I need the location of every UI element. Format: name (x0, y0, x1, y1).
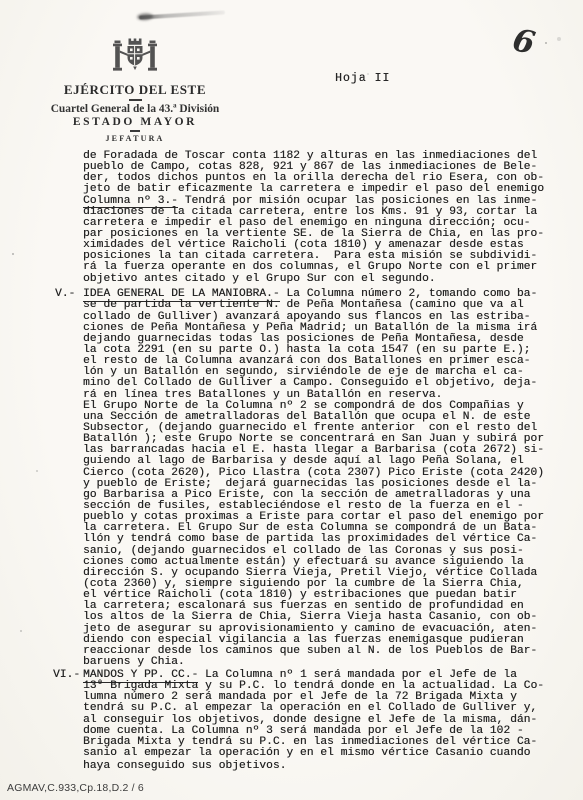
section-vi-lines: 13⁰ Brigada Mixta y su P.C. lo tendrá do… (83, 681, 583, 759)
section-vi: VI.- MANDOS Y PP. CC.- La Columna nº 1 s… (0, 670, 583, 772)
text-line: llón y tendrá como base de partida las p… (83, 534, 583, 545)
document-page: 6 (0, 0, 583, 800)
text-line: rá la fuerza operante en dos columnas, e… (83, 262, 583, 273)
closing-line: haya conseguido sus objetivos. (83, 761, 583, 772)
intro-paragraph: de Foradada de Toscar conta 1182 y altur… (0, 151, 583, 285)
section-vi-number: VI.- (53, 670, 80, 681)
letterhead-office-title: JEFATURA (35, 134, 235, 143)
text-line: jeto de asegurar su aprovisionamiento y … (83, 624, 583, 635)
text-line: sanio al empezar la operación y en el mi… (83, 748, 583, 759)
letterhead-hq-title: Cuartel General de la 43.ª División (35, 103, 235, 115)
section-v: V.- IDEA GENERAL DE LA MANIOBRA.- La Col… (0, 289, 583, 668)
columna3-first-line-text: Tendrá por misión ocupar las posiciones … (178, 195, 537, 207)
republican-coat-of-arms-icon (110, 36, 160, 80)
text-line: objetivo antes citado y el Grupo Sur con… (83, 274, 583, 285)
columna3-lines: diaciones de la citada carretera, entre … (83, 207, 583, 285)
letterhead: EJÉRCITO DEL ESTE Cuartel General de la … (35, 36, 235, 143)
letterhead-rule (129, 99, 142, 101)
text-line: Cierco (cota 2620), Pico Llastra (cota 2… (83, 468, 583, 479)
intro-lines: de Foradada de Toscar conta 1182 y altur… (83, 151, 583, 196)
text-line: se de partida la vertiente N. de Peña Mo… (83, 300, 583, 311)
text-line: sanio, (dejando guarnecidos el collado d… (83, 546, 583, 557)
document-body: de Foradada de Toscar conta 1182 y altur… (0, 151, 583, 772)
letterhead-rule (130, 130, 140, 132)
letterhead-army-title: EJÉRCITO DEL ESTE (35, 82, 235, 98)
scan-smudge (139, 10, 225, 19)
text-line: tendrá su P.C. al empezar la operación e… (83, 703, 583, 714)
text-line: mino del Collado de Gulliver a Campo. Co… (83, 378, 583, 389)
text-line: los altos de la Sierra de Chia, Sierra V… (83, 612, 583, 623)
handwritten-page-number: 6 (509, 22, 538, 62)
text-line: guiendo al lago de Barbarisa y desde aqu… (83, 456, 583, 467)
section-v-number: V.- (55, 289, 75, 300)
text-line: baruens y Chia. (83, 657, 583, 668)
archive-reference: AGMAV,C.933,Cp.18,D.2 / 6 (7, 782, 144, 794)
section-v-lines: se de partida la vertiente N. de Peña Mo… (83, 300, 583, 668)
letterhead-staff-title: ESTADO MAYOR (35, 116, 235, 128)
sheet-label: Hoja II (335, 72, 390, 85)
